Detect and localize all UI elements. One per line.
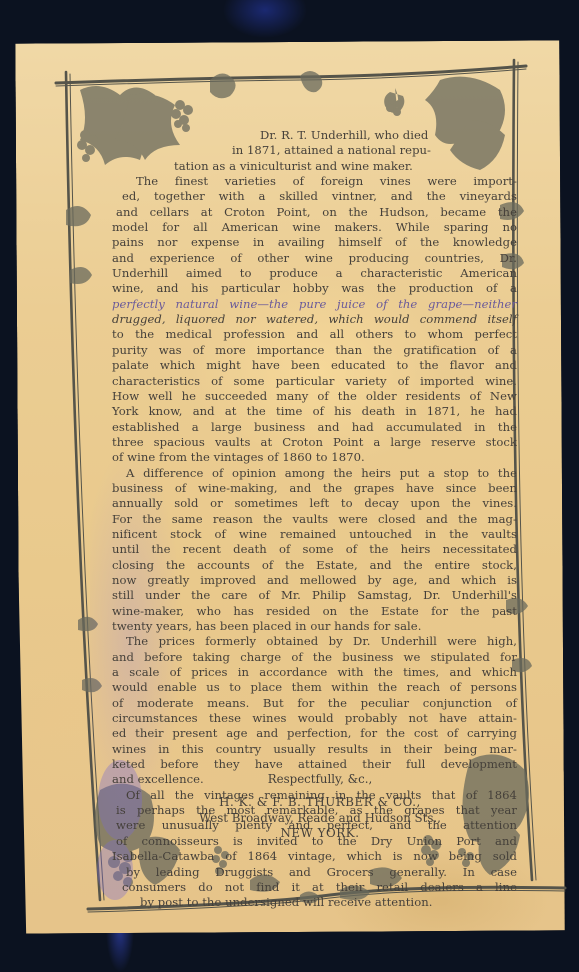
text-line: now greatly improved and mellowed by age…	[112, 573, 517, 588]
text-line: business of wine-making, and the grapes …	[112, 481, 517, 496]
text-line: For the same reason the vaults were clos…	[112, 512, 517, 527]
text-line: drugged, liquored nor watered, which wou…	[112, 312, 517, 327]
text-line: of moderate means. But for the peculiar …	[112, 696, 517, 711]
text-line: by leading Druggists and Grocers general…	[112, 865, 517, 880]
text-line: still under the care of Mr. Philip Samst…	[112, 588, 517, 603]
paragraph-2: A difference of opinion among the heirs …	[112, 466, 517, 635]
text-line: The prices formerly obtained by Dr. Unde…	[112, 634, 517, 649]
text-line: twenty years, has been placed in our han…	[112, 619, 517, 634]
company-address: West Broadway, Reade and Hudson Sts.,	[130, 811, 510, 825]
text-line: perfectly natural wine—the pure juice of…	[112, 297, 517, 312]
text-line: established a large business and had acc…	[112, 420, 517, 435]
text-line: annually sold or sometimes left to decay…	[112, 496, 517, 511]
company-name: H. K. & F. B. THURBER & CO.,	[130, 795, 510, 809]
text-line: York know, and at the time of his death …	[112, 404, 517, 419]
paragraph-3: The prices formerly obtained by Dr. Unde…	[112, 634, 517, 787]
text-line: until the recent death of some of the he…	[112, 542, 517, 557]
text-line: How well he succeeded many of the older …	[112, 389, 517, 404]
company-city: NEW YORK.	[130, 826, 510, 840]
closing-salutation: Respectfully, &c.,	[130, 772, 510, 786]
text-line: to the medical profession and all others…	[112, 327, 517, 342]
text-line: Dr. R. T. Underhill, who died	[112, 128, 517, 143]
text-line: palate which might have been educated to…	[112, 358, 517, 373]
text-line: Isabella-Catawba of 1864 vintage, which …	[112, 849, 517, 864]
body-text: Dr. R. T. Underhill, who died in 1871, a…	[112, 128, 517, 911]
text-line: and experience of other wine producing c…	[112, 251, 517, 266]
text-line: model for all American wine makers. Whil…	[112, 220, 517, 235]
text-line: purity was of more importance than the g…	[112, 343, 517, 358]
paragraph-1: Dr. R. T. Underhill, who died in 1871, a…	[112, 128, 517, 466]
text-line: and before taking charge of the business…	[112, 650, 517, 665]
text-line: keted before they have attained their fu…	[112, 757, 517, 772]
text-line: closing the accounts of the Estate, and …	[112, 558, 517, 573]
text-line: by post to the undersigned will receive …	[112, 895, 517, 910]
text-line: a scale of prices in accordance with the…	[112, 665, 517, 680]
text-line: nificent stock of wine remained untouche…	[112, 527, 517, 542]
text-line: ed their present age and perfection, for…	[112, 726, 517, 741]
text-line: consumers do not find it at their retail…	[112, 880, 517, 895]
text-line: A difference of opinion among the heirs …	[112, 466, 517, 481]
text-line: wine-maker, who has resided on the Estat…	[112, 604, 517, 619]
text-line: wines in this country usually results in…	[112, 742, 517, 757]
text-line: characteristics of some particular varie…	[112, 374, 517, 389]
text-line: Underhill aimed to produce a characteris…	[112, 266, 517, 281]
text-line: ed, together with a skilled vintner, and…	[112, 189, 517, 204]
text-line: pains nor expense in availing himself of…	[112, 235, 517, 250]
text-line: three spacious vaults at Croton Point a …	[112, 435, 517, 450]
text-line: The finest varieties of foreign vines we…	[112, 174, 517, 189]
text-line: and cellars at Croton Point, on the Huds…	[112, 205, 517, 220]
text-line: in 1871, attained a national repu-	[112, 143, 517, 158]
text-line: would enable us to place them within the…	[112, 680, 517, 695]
text-line: of wine from the vintages of 1860 to 187…	[112, 450, 517, 465]
text-line: wine, and his particular hobby was the p…	[112, 281, 517, 296]
text-line: circumstances these wines would probably…	[112, 711, 517, 726]
text-line: tation as a viniculturist and wine maker…	[112, 159, 517, 174]
